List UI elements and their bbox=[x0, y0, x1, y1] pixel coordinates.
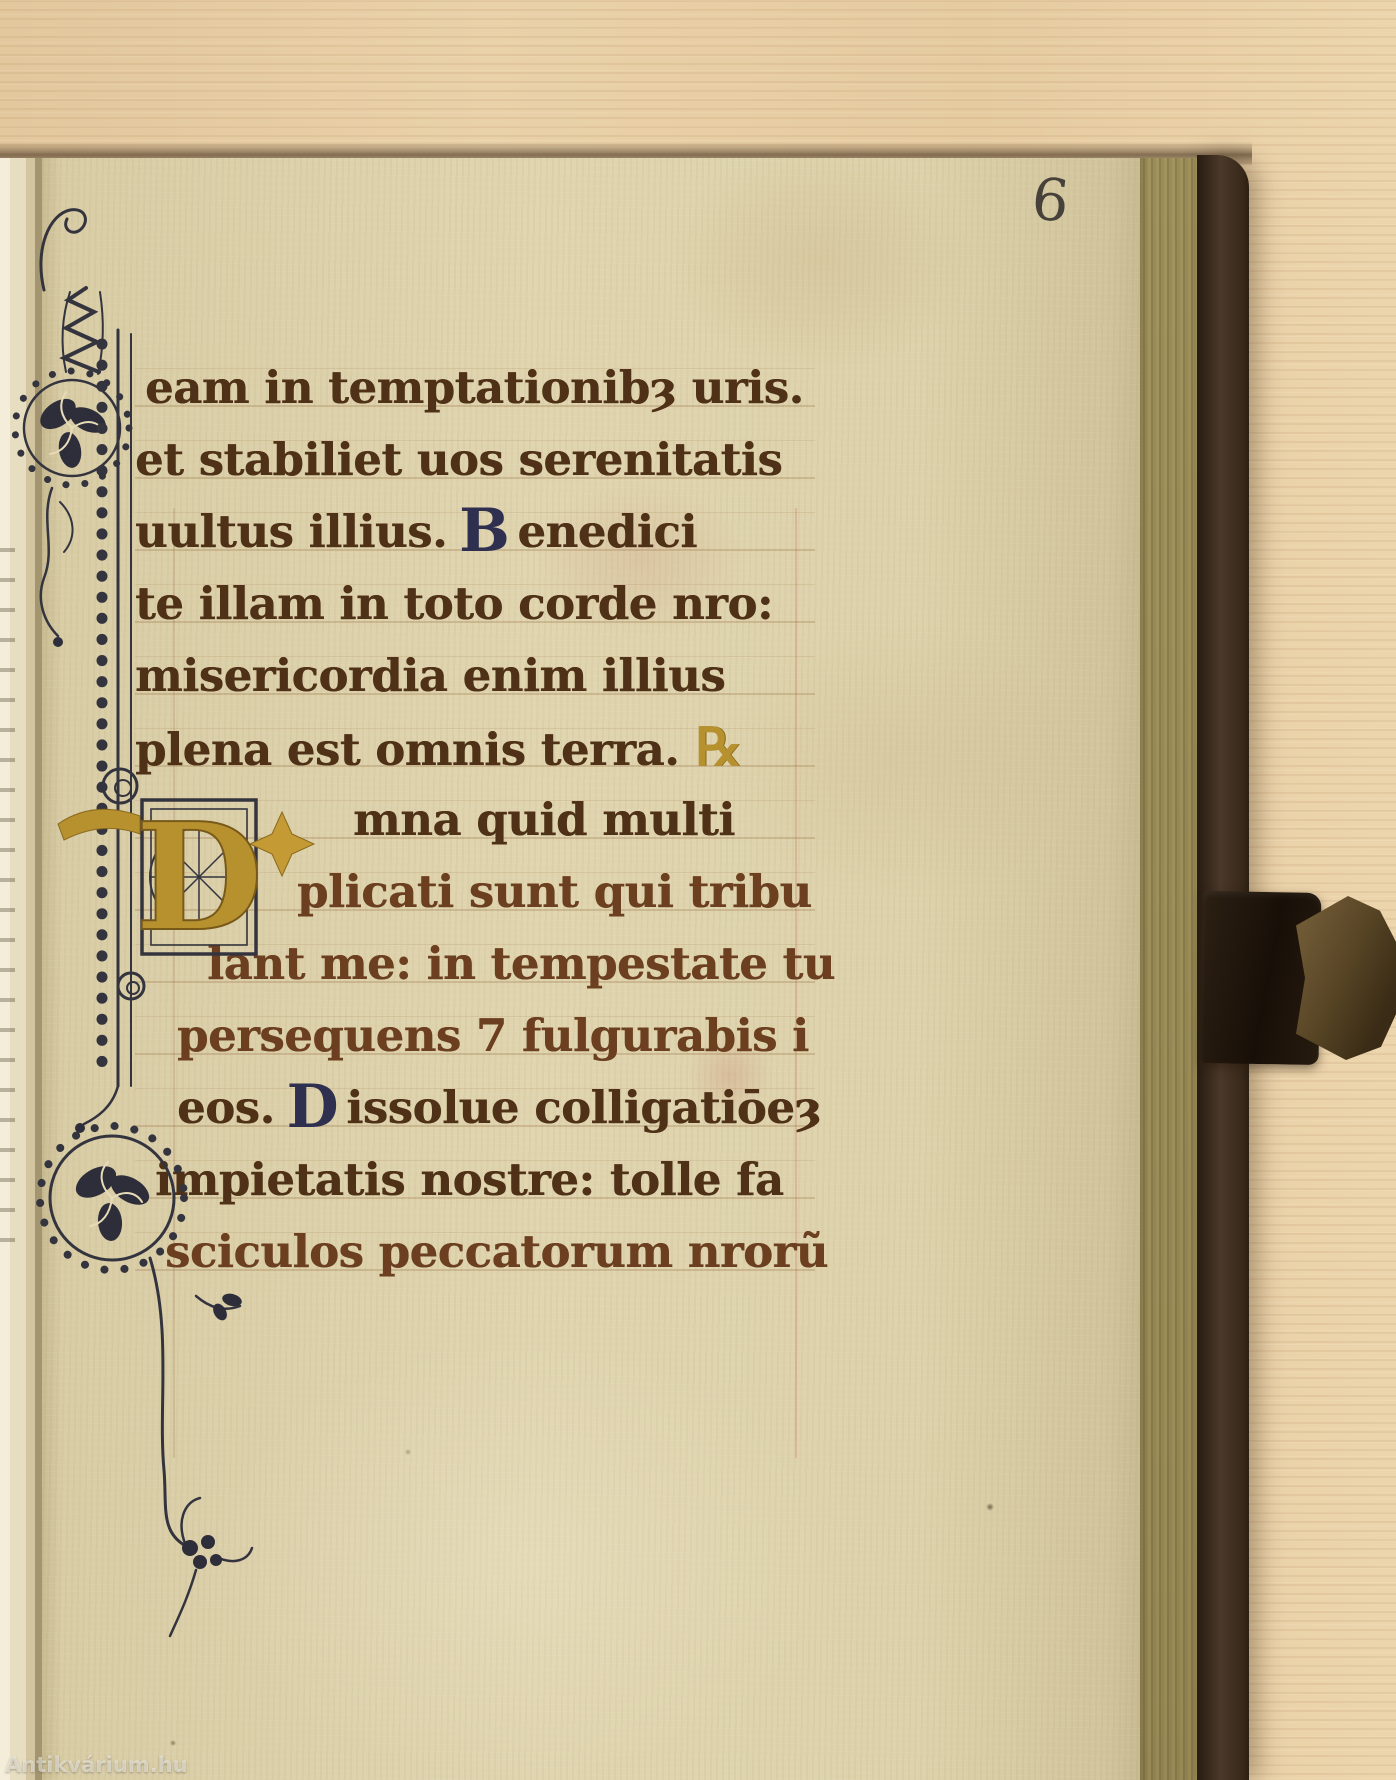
gold-swash bbox=[58, 809, 140, 840]
lower-leaf-medallion bbox=[40, 1126, 184, 1270]
page-fore-edge bbox=[1140, 158, 1197, 1780]
gold-initial-letter: D bbox=[135, 790, 263, 964]
acanthus-curl bbox=[41, 488, 58, 636]
photo-of-manuscript-book: 6 eam in temptationibȝ uris.et stabiliet… bbox=[0, 0, 1396, 1780]
descender-tail bbox=[150, 1258, 186, 1546]
clasp-brass-knob bbox=[1336, 924, 1396, 1028]
watermark: Antikvárium.hu bbox=[5, 1753, 188, 1777]
tail-trefoil-finial bbox=[170, 1498, 252, 1636]
clasp-leather-strap bbox=[1201, 891, 1322, 1065]
gold-illumination: D bbox=[58, 790, 314, 964]
upper-leaf-medallion bbox=[15, 371, 129, 485]
top-curl-flourish bbox=[41, 210, 86, 290]
twisted-screw-ornament bbox=[64, 288, 99, 372]
